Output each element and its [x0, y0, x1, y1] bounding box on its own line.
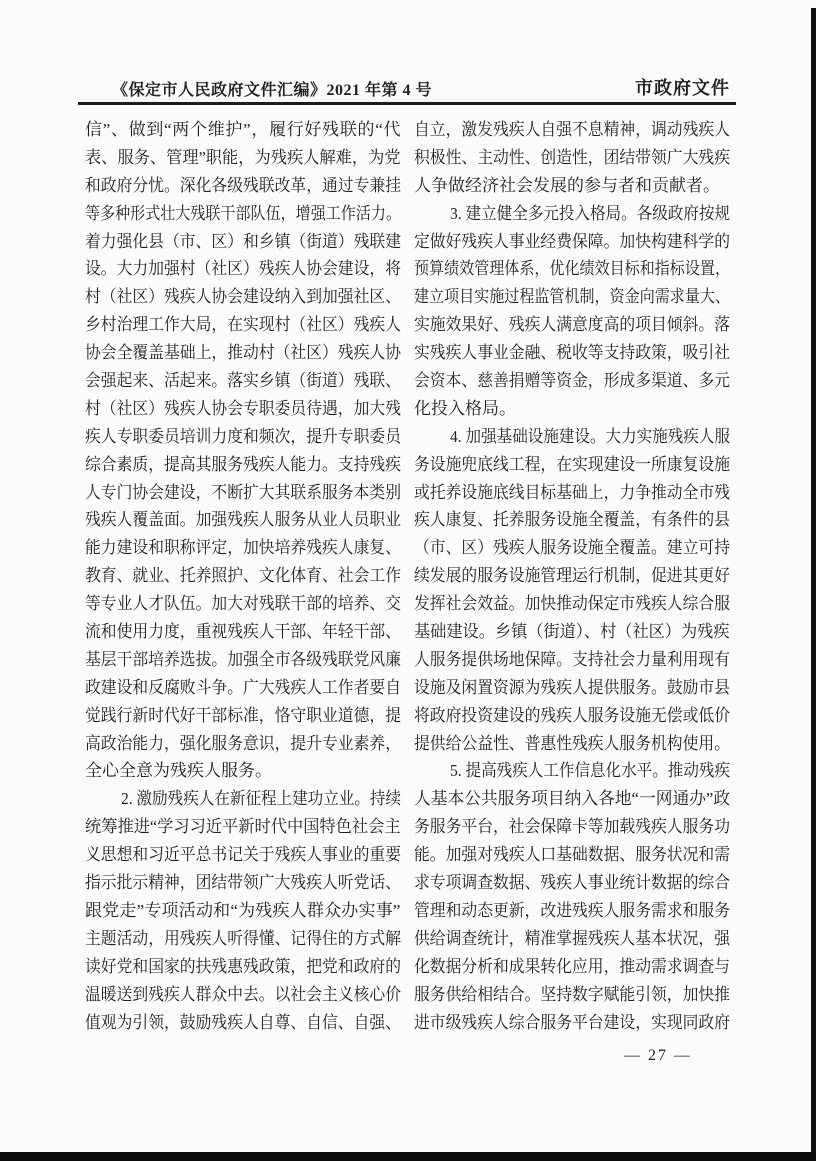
text-line: 残疾人覆盖面。加强残疾人服务从业人员职业: [85, 506, 401, 534]
text-line: 全心全意为残疾人服务。: [85, 757, 401, 785]
text-line: 流和使用力度，重视残疾人干部、年轻干部、: [85, 618, 401, 646]
text-line: 着力强化县（市、区）和乡镇（街道）残联建: [85, 228, 401, 256]
text-line: 供给调查统计，精准掌握残疾人基本状况，强: [414, 925, 730, 953]
text-line: 读好党和国家的扶残惠残政策，把党和政府的: [85, 953, 401, 981]
text-line: 统筹推进“学习习近平新时代中国特色社会主: [85, 813, 401, 841]
text-line: 和政府分忧。深化各级残联改革，通过专兼挂: [85, 172, 401, 200]
text-line: 疾人专职委员培训力度和频次，提升专职委员: [85, 423, 401, 451]
text-line: 基层干部培养选拔。加强全市各级残联党风廉: [85, 646, 401, 674]
text-line: 将政府投资建设的残疾人服务设施无偿或低价: [414, 702, 730, 730]
text-line: 发挥社会效益。加快推动保定市残疾人综合服: [414, 590, 730, 618]
text-line: 管理和动态更新，改进残疾人服务需求和服务: [414, 897, 730, 925]
text-line: 续发展的服务设施管理运行机制，促进其更好: [414, 562, 730, 590]
text-line: 疾人康复、托养服务设施全覆盖，有条件的县: [414, 506, 730, 534]
text-line: 务设施兜底线工程，在实现建设一所康复设施: [414, 451, 730, 479]
scan-edge-bottom: [0, 1152, 816, 1161]
compilation-title: 《保定市人民政府文件汇编》2021 年第 4 号: [112, 77, 432, 100]
text-line: 人专门协会建设，不断扩大其联系服务本类别: [85, 479, 401, 507]
text-line: 值观为引领，鼓励残疾人自尊、自信、自强、: [85, 1009, 401, 1037]
text-line: 实残疾人事业金融、税收等支持政策，吸引社: [414, 339, 730, 367]
text-line: 提供给公益性、普惠性残疾人服务机构使用。: [414, 730, 730, 758]
text-line: 会强起来、活起来。落实乡镇（街道）残联、: [85, 367, 401, 395]
text-line: 预算绩效管理体系，优化绩效目标和指标设置，: [414, 255, 730, 283]
text-line: 人服务提供场地保障。支持社会力量利用现有: [414, 646, 730, 674]
page-header: 《保定市人民政府文件汇编》2021 年第 4 号 市政府文件: [78, 76, 736, 102]
text-line: 3. 建立健全多元投入格局。各级政府按规: [414, 200, 730, 228]
text-line: 建立项目实施过程监管机制，资金向需求量大、: [414, 283, 730, 311]
text-line: 化投入格局。: [414, 395, 730, 423]
text-column-right: 自立，激发残疾人自强不息精神，调动残疾人积极性、主动性、创造性，团结带领广大残疾…: [414, 116, 730, 1036]
text-line: 温暖送到残疾人群众中去。以社会主义核心价: [85, 981, 401, 1009]
text-line: 能。加强对残疾人口基础数据、服务状况和需: [414, 841, 730, 869]
text-line: 进市级残疾人综合服务平台建设，实现同政府: [414, 1009, 730, 1037]
header-rule: [78, 102, 736, 105]
text-line: （市、区）残疾人服务设施全覆盖。建立可持: [414, 534, 730, 562]
text-line: 协会全覆盖基础上，推动村（社区）残疾人协: [85, 339, 401, 367]
text-line: 高政治能力，强化服务意识，提升专业素养，: [85, 730, 401, 758]
text-line: 化数据分析和成果转化应用，推动需求调查与: [414, 953, 730, 981]
text-line: 会资本、慈善捐赠等资金，形成多渠道、多元: [414, 367, 730, 395]
text-line: 积极性、主动性、创造性，团结带领广大残疾: [414, 144, 730, 172]
text-line: 4. 加强基础设施建设。大力实施残疾人服: [414, 423, 730, 451]
scan-edge-right: [811, 8, 816, 1161]
text-line: 务服务平台，社会保障卡等加载残疾人服务功: [414, 813, 730, 841]
text-line: 村（社区）残疾人协会建设纳入到加强社区、: [85, 283, 401, 311]
text-line: 村（社区）残疾人协会专职委员待遇，加大残: [85, 395, 401, 423]
text-line: 综合素质，提高其服务残疾人能力。支持残疾: [85, 451, 401, 479]
text-line: 等多种形式壮大残联干部队伍，增强工作活力。: [85, 200, 401, 228]
page-number: — 27 —: [624, 1047, 692, 1065]
document-page: 《保定市人民政府文件汇编》2021 年第 4 号 市政府文件 信”、做到“两个维…: [0, 0, 816, 1161]
document-category-label: 市政府文件: [635, 74, 730, 100]
text-line: 设施及闲置资源为残疾人提供服务。鼓励市县: [414, 674, 730, 702]
text-line: 人基本公共服务项目纳入各地“一网通办”政: [414, 785, 730, 813]
text-line: 主题活动，用残疾人听得懂、记得住的方式解: [85, 925, 401, 953]
text-line: 觉践行新时代好干部标准，恪守职业道德，提: [85, 702, 401, 730]
text-line: 能力建设和职称评定，加快培养残疾人康复、: [85, 534, 401, 562]
text-line: 实施效果好、残疾人满意度高的项目倾斜。落: [414, 311, 730, 339]
text-line: 乡村治理工作大局，在实现村（社区）残疾人: [85, 311, 401, 339]
text-line: 信”、做到“两个维护”，履行好残联的“代: [85, 116, 401, 144]
text-line: 教育、就业、托养照护、文化体育、社会工作: [85, 562, 401, 590]
text-line: 求专项调查数据、残疾人事业统计数据的综合: [414, 869, 730, 897]
text-line: 跟党走”专项活动和“为残疾人群众办实事”: [85, 897, 401, 925]
text-line: 义思想和习近平总书记关于残疾人事业的重要: [85, 841, 401, 869]
text-line: 人争做经济社会发展的参与者和贡献者。: [414, 172, 730, 200]
text-line: 政建设和反腐败斗争。广大残疾人工作者要自: [85, 674, 401, 702]
text-column-left: 信”、做到“两个维护”，履行好残联的“代表、服务、管理”职能，为残疾人解难，为党…: [85, 116, 401, 1036]
text-line: 基础建设。乡镇（街道）、村（社区）为残疾: [414, 618, 730, 646]
text-line: 指示批示精神，团结带领广大残疾人听党话、: [85, 869, 401, 897]
text-line: 定做好残疾人事业经费保障。加快构建科学的: [414, 228, 730, 256]
text-line: 自立，激发残疾人自强不息精神，调动残疾人: [414, 116, 730, 144]
text-line: 等专业人才队伍。加大对残联干部的培养、交: [85, 590, 401, 618]
text-line: 表、服务、管理”职能，为残疾人解难，为党: [85, 144, 401, 172]
text-line: 2. 激励残疾人在新征程上建功立业。持续: [85, 785, 401, 813]
text-line: 设。大力加强村（社区）残疾人协会建设，将: [85, 255, 401, 283]
text-line: 或托养设施底线目标基础上，力争推动全市残: [414, 479, 730, 507]
text-line: 服务供给相结合。坚持数字赋能引领，加快推: [414, 981, 730, 1009]
text-line: 5. 提高残疾人工作信息化水平。推动残疾: [414, 757, 730, 785]
